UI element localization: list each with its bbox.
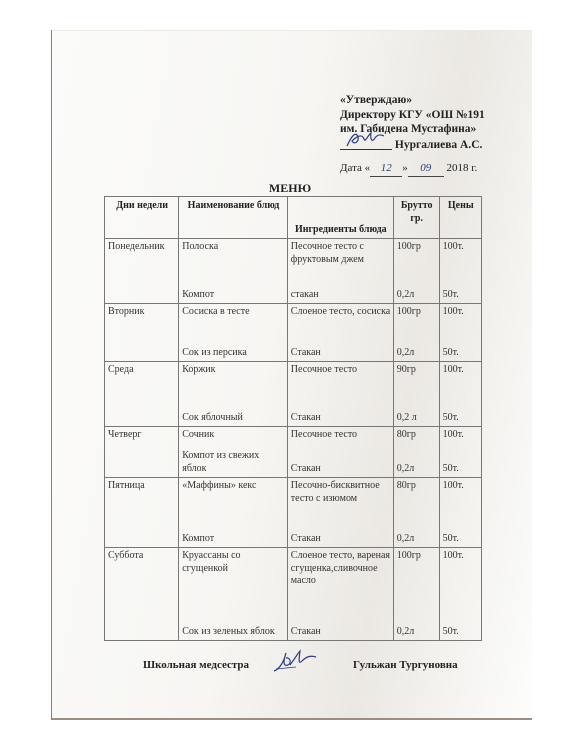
cell-price: 100т.50т. xyxy=(439,427,481,478)
table-row: Пятница«Маффины» кексКомпотПесочно-бискв… xyxy=(105,478,482,548)
table-row: ПонедельникПолоскаКомпотПесочное тесто с… xyxy=(105,239,482,304)
cell-dish-names: СочникКомпот из свежих яблок xyxy=(179,427,288,478)
table-header-row: Дни недели Наименование блюд Ингредиенты… xyxy=(105,197,482,239)
table-row: СредаКоржикСок яблочныйПесочное тестоСта… xyxy=(105,362,482,427)
approval-signature-line: Нургалиева А.С. xyxy=(340,137,540,153)
cell-ingredients: Песочное тестоСтакан xyxy=(287,427,393,478)
table-row: СубботаКруассаны со сгущенкойСок из зеле… xyxy=(105,548,482,641)
header-name: Наименование блюд xyxy=(179,197,288,239)
approval-signatory: Нургалиева А.С. xyxy=(395,139,483,151)
cell-weight: 100гр0,2л xyxy=(393,304,439,362)
approval-director: Директору КГУ «ОШ №191 xyxy=(340,108,540,123)
cell-ingredients: Песочное тестоСтакан xyxy=(287,362,393,427)
cell-ingredients: Песочное тесто с фруктовым джемстакан xyxy=(287,239,393,304)
cell-dish-names: ПолоскаКомпот xyxy=(179,239,288,304)
cell-price: 100т.50т. xyxy=(439,478,481,548)
cell-price: 100т.50т. xyxy=(439,548,481,641)
cell-day: Среда xyxy=(105,362,179,427)
table-row: ЧетвергСочникКомпот из свежих яблокПесоч… xyxy=(105,427,482,478)
document-title: МЕНЮ xyxy=(0,181,580,196)
header-price: Цены xyxy=(439,197,481,239)
cell-dish-names: «Маффины» кексКомпот xyxy=(179,478,288,548)
cell-day: Пятница xyxy=(105,478,179,548)
cell-dish-names: КоржикСок яблочный xyxy=(179,362,288,427)
nurse-signature-icon xyxy=(270,647,320,675)
cell-dish-names: Круассаны со сгущенкойСок из зеленых ябл… xyxy=(179,548,288,641)
cell-weight: 100гр0,2л xyxy=(393,548,439,641)
cell-weight: 90гр0,2 л xyxy=(393,362,439,427)
date-month: 09 xyxy=(408,161,444,177)
cell-price: 100т.50т. xyxy=(439,362,481,427)
cell-day: Понедельник xyxy=(105,239,179,304)
cell-dish-names: Сосиска в тестеСок из персика xyxy=(179,304,288,362)
approval-date: Дата «12»09 2018 г. xyxy=(340,161,540,177)
menu-table: Дни недели Наименование блюд Ингредиенты… xyxy=(104,196,482,641)
director-signature-icon xyxy=(344,129,388,149)
table-row: ВторникСосиска в тестеСок из персикаСлое… xyxy=(105,304,482,362)
cell-ingredients: Песочно-бисквитное тесто с изюмомСтакан xyxy=(287,478,393,548)
cell-price: 100т.50т. xyxy=(439,239,481,304)
footer-name: Гульжан Тургуновна xyxy=(353,659,458,671)
header-day: Дни недели xyxy=(105,197,179,239)
header-ingredients: Ингредиенты блюда xyxy=(287,197,393,239)
cell-ingredients: Слоеное тесто, вареная сгущенка,сливочно… xyxy=(287,548,393,641)
cell-weight: 80гр0,2л xyxy=(393,478,439,548)
date-day: 12 xyxy=(370,161,402,177)
cell-day: Суббота xyxy=(105,548,179,641)
signature-underline xyxy=(340,137,392,150)
approval-heading: «Утверждаю» xyxy=(340,93,540,108)
footer-role: Школьная медсестра xyxy=(143,659,249,671)
cell-weight: 80гр0,2л xyxy=(393,427,439,478)
date-year: 2018 г. xyxy=(446,162,477,174)
approval-block: «Утверждаю» Директору КГУ «ОШ №191 им. Г… xyxy=(340,93,540,177)
cell-weight: 100гр0,2л xyxy=(393,239,439,304)
cell-day: Вторник xyxy=(105,304,179,362)
header-weight: Брутто гр. xyxy=(393,197,439,239)
cell-day: Четверг xyxy=(105,427,179,478)
cell-price: 100т.50т. xyxy=(439,304,481,362)
cell-ingredients: Слоеное тесто, сосискаСтакан xyxy=(287,304,393,362)
